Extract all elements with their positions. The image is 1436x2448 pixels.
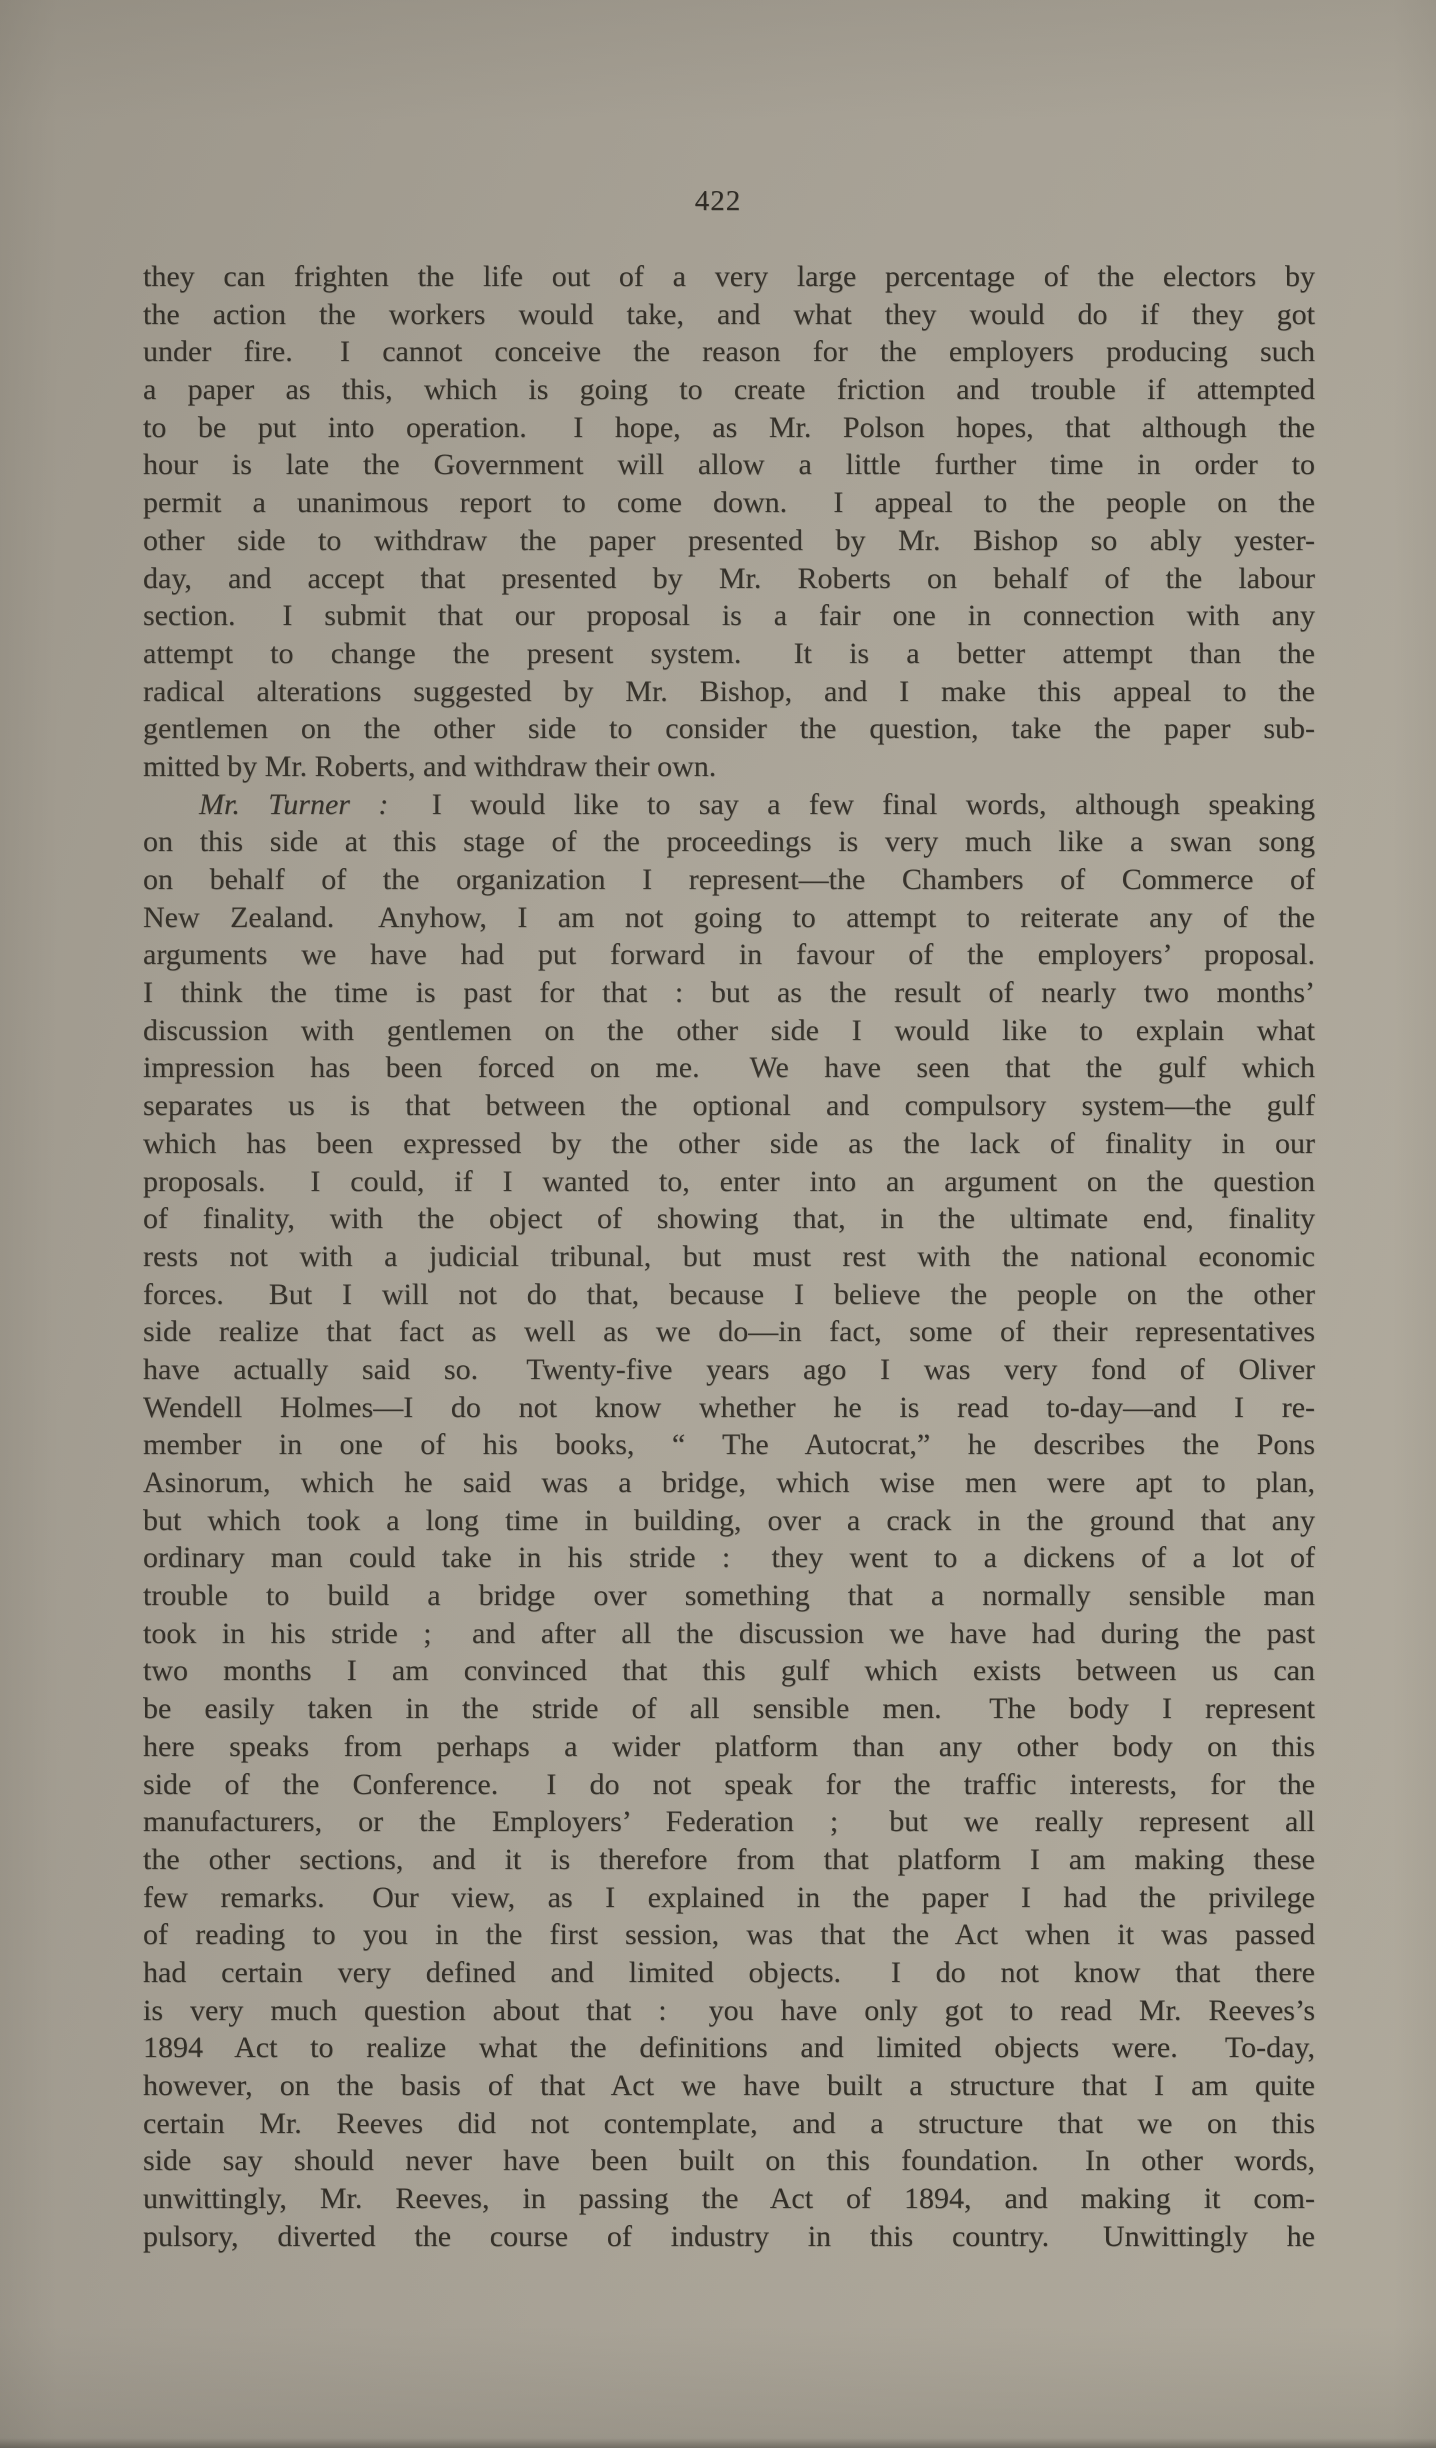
text-line: have actually said so. Twenty-five years… — [143, 1351, 1315, 1389]
text-block: they can frighten the life out of a very… — [143, 258, 1315, 2255]
text-line: 1894 Act to realize what the definitions… — [143, 2029, 1315, 2067]
text-line: Wendell Holmes—I do not know whether he … — [143, 1389, 1315, 1427]
text-line: forces. But I will not do that, because … — [143, 1276, 1315, 1314]
text-line: section. I submit that our proposal is a… — [143, 597, 1315, 635]
text-line: proposals. I could, if I wanted to, ente… — [143, 1163, 1315, 1201]
text-line: took in his stride ; and after all the d… — [143, 1615, 1315, 1653]
text-line: Asinorum, which he said was a bridge, wh… — [143, 1464, 1315, 1502]
text-line: separates us is that between the optiona… — [143, 1087, 1315, 1125]
text-line: had certain very defined and limited obj… — [143, 1954, 1315, 1992]
text-line: few remarks. Our view, as I explained in… — [143, 1879, 1315, 1917]
text-line: unwittingly, Mr. Reeves, in passing the … — [143, 2180, 1315, 2218]
text-line: under fire. I cannot conceive the reason… — [143, 333, 1315, 371]
text-line: which has been expressed by the other si… — [143, 1125, 1315, 1163]
text-line: trouble to build a bridge over something… — [143, 1577, 1315, 1615]
page-number: 422 — [0, 185, 1436, 218]
speech-text: I would like to say a few final words, a… — [388, 788, 1315, 821]
text-line: to be put into operation. I hope, as Mr.… — [143, 409, 1315, 447]
text-line: a paper as this, which is going to creat… — [143, 371, 1315, 409]
text-line: rests not with a judicial tribunal, but … — [143, 1238, 1315, 1276]
text-line: mitted by Mr. Roberts, and withdraw thei… — [143, 748, 1315, 786]
text-line: arguments we have had put forward in fav… — [143, 936, 1315, 974]
text-line: Mr. Turner : I would like to say a few f… — [143, 786, 1315, 824]
text-line: gentlemen on the other side to consider … — [143, 710, 1315, 748]
text-line: on this side at this stage of the procee… — [143, 823, 1315, 861]
text-line: of reading to you in the first session, … — [143, 1916, 1315, 1954]
text-line: side say should never have been built on… — [143, 2142, 1315, 2180]
text-line: they can frighten the life out of a very… — [143, 258, 1315, 296]
text-line: impression has been forced on me. We hav… — [143, 1049, 1315, 1087]
text-line: two months I am convinced that this gulf… — [143, 1652, 1315, 1690]
text-line: permit a unanimous report to come down. … — [143, 484, 1315, 522]
book-page: 422 they can frighten the life out of a … — [0, 0, 1436, 2448]
text-line: day, and accept that presented by Mr. Ro… — [143, 560, 1315, 598]
text-line: pulsory, diverted the course of industry… — [143, 2218, 1315, 2256]
text-line: hour is late the Government will allow a… — [143, 446, 1315, 484]
text-line: however, on the basis of that Act we hav… — [143, 2067, 1315, 2105]
text-line: is very much question about that : you h… — [143, 1992, 1315, 2030]
text-line: discussion with gentlemen on the other s… — [143, 1012, 1315, 1050]
text-line: here speaks from perhaps a wider platfor… — [143, 1728, 1315, 1766]
text-line: radical alterations suggested by Mr. Bis… — [143, 673, 1315, 711]
text-line: other side to withdraw the paper present… — [143, 522, 1315, 560]
text-line: ordinary man could take in his stride : … — [143, 1539, 1315, 1577]
text-line: be easily taken in the stride of all sen… — [143, 1690, 1315, 1728]
text-line: the other sections, and it is therefore … — [143, 1841, 1315, 1879]
text-line: member in one of his books, “ The Autocr… — [143, 1426, 1315, 1464]
text-line: certain Mr. Reeves did not contemplate, … — [143, 2105, 1315, 2143]
text-line: but which took a long time in building, … — [143, 1502, 1315, 1540]
text-line: side of the Conference. I do not speak f… — [143, 1766, 1315, 1804]
text-line: on behalf of the organization I represen… — [143, 861, 1315, 899]
text-line: of finality, with the object of showing … — [143, 1200, 1315, 1238]
text-line: manufacturers, or the Employers’ Federat… — [143, 1803, 1315, 1841]
text-line: the action the workers would take, and w… — [143, 296, 1315, 334]
text-line: attempt to change the present system. It… — [143, 635, 1315, 673]
text-line: New Zealand. Anyhow, I am not going to a… — [143, 899, 1315, 937]
speaker-name: Mr. Turner : — [199, 788, 388, 821]
text-line: side realize that fact as well as we do—… — [143, 1313, 1315, 1351]
text-line: I think the time is past for that : but … — [143, 974, 1315, 1012]
